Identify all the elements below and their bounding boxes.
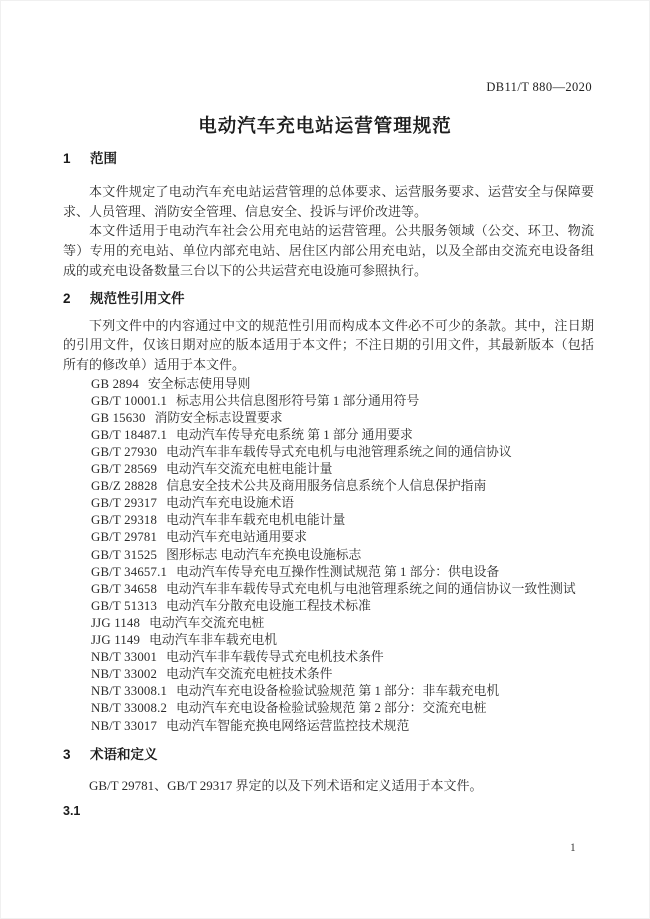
reference-item: GB/T 29318电动汽车非车载充电机电能计量: [91, 512, 594, 529]
reference-title: 电动汽车非车载充电机: [149, 633, 277, 647]
reference-code: GB 2894: [91, 377, 139, 391]
section-references-heading: 2规范性引用文件: [63, 291, 594, 307]
reference-item: NB/T 33008.1电动汽车充电设备检验试验规范 第 1 部分：非车载充电机: [91, 683, 594, 700]
reference-item: GB/T 18487.1电动汽车传导充电系统 第 1 部分 通用要求: [91, 427, 594, 444]
section-scope-heading: 1范围: [63, 151, 594, 167]
document-title: 电动汽车充电站运营管理规范: [1, 112, 649, 138]
reference-item: JJG 1149电动汽车非车载充电机: [91, 632, 594, 649]
reference-title: 电动汽车非车载充电机电能计量: [166, 513, 345, 527]
reference-item: GB/T 29781电动汽车充电站通用要求: [91, 529, 594, 546]
reference-code: GB/T 29317: [91, 496, 157, 510]
reference-item: GB/T 28569电动汽车交流充电桩电能计量: [91, 461, 594, 478]
reference-code: GB/Z 28828: [91, 479, 157, 493]
reference-title: 电动汽车非车载传导式充电机与电池管理系统之间的通信协议: [166, 445, 512, 459]
reference-item: GB/T 31525图形标志 电动汽车充换电设施标志: [91, 547, 594, 564]
reference-code: GB 15630: [91, 411, 146, 425]
reference-item: GB/T 51313电动汽车分散充电设施工程技术标准: [91, 598, 594, 615]
reference-code: NB/T 33001: [91, 650, 157, 664]
reference-code: GB/T 18487.1: [91, 428, 167, 442]
reference-code: GB/T 10001.1: [91, 394, 167, 408]
reference-item: NB/T 33017电动汽车智能充换电网络运营监控技术规范: [91, 718, 594, 735]
reference-code: JJG 1149: [91, 633, 140, 647]
reference-title: 电动汽车非车载传导式充电机与电池管理系统之间的通信协议一致性测试: [166, 582, 576, 596]
subsection-3-1-number: 3.1: [63, 804, 594, 818]
reference-title: 电动汽车充电设备检验试验规范 第 1 部分：非车载充电机: [176, 684, 499, 698]
reference-title: 图形标志 电动汽车充换电设施标志: [166, 548, 361, 562]
reference-item: NB/T 33008.2电动汽车充电设备检验试验规范 第 2 部分：交流充电桩: [91, 700, 594, 717]
section-scope-title: 范围: [90, 151, 117, 166]
reference-title: 信息安全技术公共及商用服务信息系统个人信息保护指南: [166, 479, 486, 493]
reference-item: NB/T 33002电动汽车交流充电桩技术条件: [91, 666, 594, 683]
reference-code: NB/T 33008.2: [91, 701, 167, 715]
reference-item: NB/T 33001电动汽车非车载传导式充电机技术条件: [91, 649, 594, 666]
reference-code: NB/T 33017: [91, 719, 157, 733]
reference-code: GB/T 51313: [91, 599, 157, 613]
reference-title: 标志用公共信息图形符号第 1 部分通用符号: [176, 394, 419, 408]
references-intro-paragraph: 下列文件中的内容通过中文的规范性引用而构成本文件必不可少的条款。其中，注日期的引…: [63, 316, 594, 375]
reference-title: 电动汽车传导充电互操作性测试规范 第 1 部分：供电设备: [176, 565, 499, 579]
standard-number: DB11/T 880—2020: [486, 80, 592, 95]
reference-code: GB/T 28569: [91, 462, 157, 476]
reference-title: 电动汽车充电设备检验试验规范 第 2 部分：交流充电桩: [176, 701, 486, 715]
reference-item: GB/T 34658电动汽车非车载传导式充电机与电池管理系统之间的通信协议一致性…: [91, 581, 594, 598]
document-content: 1范围 本文件规定了电动汽车充电站运营管理的总体要求、运营服务要求、运营安全与保…: [63, 151, 594, 818]
section-references-title: 规范性引用文件: [90, 291, 185, 306]
reference-title: 电动汽车智能充换电网络运营监控技术规范: [166, 719, 409, 733]
reference-code: GB/T 29318: [91, 513, 157, 527]
reference-title: 电动汽车充电设施术语: [166, 496, 294, 510]
reference-title: 电动汽车分散充电设施工程技术标准: [166, 599, 371, 613]
terms-intro-paragraph: GB/T 29781、GB/T 29317 界定的以及下列术语和定义适用于本文件…: [63, 776, 594, 796]
reference-title: 电动汽车充电站通用要求: [166, 530, 307, 544]
scope-paragraph-2: 本文件适用于电动汽车社会公用充电站的运营管理。公共服务领域（公交、环卫、物流等）…: [63, 221, 594, 280]
reference-item: GB/Z 28828信息安全技术公共及商用服务信息系统个人信息保护指南: [91, 478, 594, 495]
reference-code: GB/T 31525: [91, 548, 157, 562]
section-scope-number: 1: [63, 151, 90, 167]
reference-title: 消防安全标志设置要求: [155, 411, 283, 425]
section-terms-heading: 3术语和定义: [63, 747, 594, 763]
reference-title: 电动汽车交流充电桩技术条件: [166, 667, 332, 681]
reference-code: GB/T 29781: [91, 530, 157, 544]
reference-item: GB/T 27930电动汽车非车载传导式充电机与电池管理系统之间的通信协议: [91, 444, 594, 461]
reference-title: 电动汽车交流充电桩: [149, 616, 264, 630]
scope-paragraph-1: 本文件规定了电动汽车充电站运营管理的总体要求、运营服务要求、运营安全与保障要求、…: [63, 182, 594, 221]
reference-item: GB/T 34657.1电动汽车传导充电互操作性测试规范 第 1 部分：供电设备: [91, 564, 594, 581]
reference-code: NB/T 33002: [91, 667, 157, 681]
reference-list: GB 2894安全标志使用导则 GB/T 10001.1标志用公共信息图形符号第…: [63, 376, 594, 735]
reference-item: GB 15630消防安全标志设置要求: [91, 410, 594, 427]
reference-item: JJG 1148电动汽车交流充电桩: [91, 615, 594, 632]
reference-code: GB/T 34658: [91, 582, 157, 596]
reference-code: GB/T 27930: [91, 445, 157, 459]
document-page: DB11/T 880—2020 电动汽车充电站运营管理规范 1范围 本文件规定了…: [0, 0, 650, 919]
page-number: 1: [570, 842, 576, 854]
reference-item: GB/T 10001.1标志用公共信息图形符号第 1 部分通用符号: [91, 393, 594, 410]
reference-title: 安全标志使用导则: [148, 377, 250, 391]
section-references-number: 2: [63, 291, 90, 307]
section-terms-title: 术语和定义: [90, 747, 158, 762]
reference-code: GB/T 34657.1: [91, 565, 167, 579]
reference-code: JJG 1148: [91, 616, 140, 630]
reference-item: GB 2894安全标志使用导则: [91, 376, 594, 393]
reference-code: NB/T 33008.1: [91, 684, 167, 698]
reference-item: GB/T 29317电动汽车充电设施术语: [91, 495, 594, 512]
reference-title: 电动汽车交流充电桩电能计量: [166, 462, 332, 476]
section-terms-number: 3: [63, 747, 90, 763]
reference-title: 电动汽车非车载传导式充电机技术条件: [166, 650, 384, 664]
reference-title: 电动汽车传导充电系统 第 1 部分 通用要求: [176, 428, 413, 442]
